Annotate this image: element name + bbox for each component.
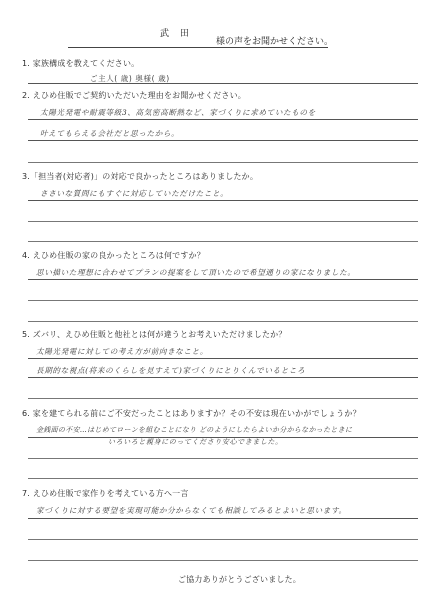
answer-line [28, 458, 418, 459]
question-2-answer-line-1: 太陽光発電や耐震等級3、高気密高断熱など、家づくりに求めていたものを [40, 107, 316, 118]
question-3-label: 3.「担当者(対応者)」の対応で良かったところはありましたか。 [22, 171, 258, 182]
question-4-label: 4. えひめ住販の家の良かったところは何ですか？ [22, 250, 205, 261]
question-7-label: 7. えひめ住販で家作りを考えている方へ一言 [22, 488, 189, 499]
answer-line [28, 221, 418, 222]
question-5-label: 5. ズバリ、えひめ住販と他社とは何が違うとお考えいただけましたか？ [22, 329, 287, 340]
question-3-answer: ささいな質問にもすぐに対応していただけたこと。 [40, 188, 228, 199]
question-4-answer: 思い描いた理想に合わせてプランの提案をして頂いたので希望通りの家になりました。 [36, 267, 356, 278]
question-2-label: 2. えひめ住販でご契約いただいた理由をお聞かせください。 [22, 90, 246, 101]
answer-line [28, 200, 418, 201]
thanks-message: ご協力ありがとうございました。 [178, 574, 301, 585]
answer-line [28, 478, 418, 479]
answer-line [28, 162, 418, 163]
answer-line [28, 321, 418, 322]
question-2-answer-line-2: 叶えてもらえる会社だと思ったから。 [40, 128, 179, 139]
customer-name: 武 田 [160, 26, 193, 39]
question-6-answer-line-2: いろいろと親身にのってくださり安心できました。 [108, 437, 283, 447]
answer-line [28, 241, 418, 242]
answer-line [28, 377, 418, 378]
question-5-answer-line-2: 長期的な視点(将来のくらしを見すえて)家づくりにとりくんでいるところ [36, 365, 305, 376]
answer-line [28, 119, 418, 120]
answer-line [28, 518, 418, 519]
answer-line [28, 300, 418, 301]
answer-line [28, 398, 418, 399]
name-underline [68, 47, 328, 48]
answer-line [28, 560, 418, 561]
question-5-answer-line-1: 太陽光発電に対しての考え方が前向きなこと。 [36, 346, 208, 357]
answer-line [28, 83, 418, 84]
answer-line [28, 539, 418, 540]
answer-line [28, 140, 418, 141]
question-1-label: 1. 家族構成を教えてください。 [22, 58, 139, 69]
page-title: 様の声をお聞かせください。 [216, 34, 333, 47]
answer-line [28, 279, 418, 280]
question-6-answer-line-1: 金銭面の不安…はじめてローンを組むことになり どのようにしたらよいか分からなかっ… [36, 425, 352, 435]
question-6-label: 6. 家を建てられる前にご不安だったことはありますか？その不安は現在いかがでしょ… [22, 408, 361, 419]
answer-line [28, 358, 418, 359]
question-7-answer: 家づくりに対する要望を実現可能か分からなくても相談してみるとよいと思います。 [36, 505, 347, 516]
